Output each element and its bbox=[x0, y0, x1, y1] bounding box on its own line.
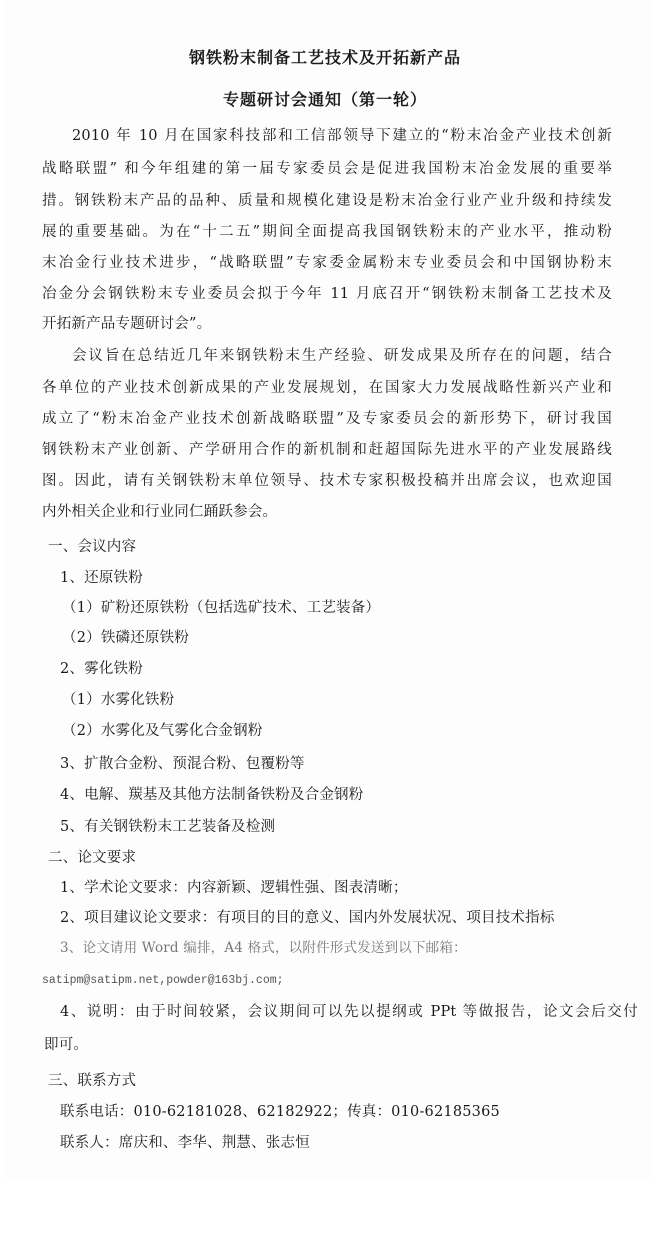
section1-item: 4、电解、羰基及其他方法制备铁粉及合金钢粉 bbox=[60, 785, 363, 805]
section1-item: 3、扩散合金粉、预混合粉、包覆粉等 bbox=[60, 754, 305, 774]
section2-item4-line1: 4、说明：由于时间较紧，会议期间可以先以提纲或 PPt 等做报告，论文会后交付 bbox=[60, 1002, 638, 1022]
paragraph1-line: 开拓新产品专题研讨会”。 bbox=[42, 314, 612, 334]
section1-item: （1）矿粉还原铁粉（包括选矿技术、工艺装备） bbox=[62, 598, 380, 618]
section1-item: （2）铁磷还原铁粉 bbox=[62, 628, 189, 648]
document-title-line1: 钢铁粉末制备工艺技术及开拓新产品 bbox=[0, 47, 650, 69]
paragraph1-line: 展的重要基础。为在“十二五”期间全面提高我国钢铁粉末的产业水平，推动粉 bbox=[42, 222, 612, 242]
section1-item: 5、有关钢铁粉末工艺装备及检测 bbox=[60, 817, 275, 837]
paragraph2-line: 内外相关企业和行业同仁踊跃参会。 bbox=[42, 502, 612, 522]
section1-item: 2、雾化铁粉 bbox=[60, 659, 143, 679]
paragraph2-line: 图。因此，请有关钢铁粉末单位领导、技术专家积极投稿并出席会议，也欢迎国 bbox=[42, 471, 612, 491]
section2-item1: 1、学术论文要求：内容新颖、逻辑性强、图表清晰； bbox=[60, 878, 408, 898]
document-title-line2: 专题研讨会通知（第一轮） bbox=[0, 89, 650, 111]
section1-item: （1）水雾化铁粉 bbox=[62, 690, 174, 710]
paragraph2-line: 各单位的产业技术创新成果的产业发展规划，在国家大力发展战略性新兴产业和 bbox=[42, 378, 612, 398]
contact-phone: 联系电话：010-62181028、62182922；传真：010-621853… bbox=[60, 1102, 500, 1122]
submission-emails: satipm@satipm.net,powder@163bj.com; bbox=[42, 971, 284, 991]
contact-persons: 联系人：席庆和、李华、荆慧、张志恒 bbox=[60, 1133, 310, 1153]
section1-heading: 一、会议内容 bbox=[48, 537, 136, 557]
paragraph1-line: 冶金分会钢铁粉末专业委员会拟于今年 11 月底召开“钢铁粉末制备工艺技术及 bbox=[42, 284, 612, 304]
paragraph2-line: 成立了“粉末冶金产业技术创新战略联盟”及专家委员会的新形势下，研讨我国 bbox=[42, 409, 612, 429]
section2-item4-line2: 即可。 bbox=[44, 1035, 88, 1055]
paragraph2-line: 会议旨在总结近几年来钢铁粉末生产经验、研发成果及所存在的问题，结合 bbox=[72, 346, 612, 366]
paragraph1-line: 2010 年 10 月在国家科技部和工信部领导下建立的“粉末冶金产业技术创新 bbox=[72, 126, 612, 146]
section2-item3: 3、论文请用 Word 编排，A4 格式，以附件形式发送到以下邮箱： bbox=[60, 938, 467, 958]
section3-heading: 三、联系方式 bbox=[48, 1071, 136, 1091]
paragraph1-line: 措。钢铁粉末产品的品种、质量和规模化建设是粉末冶金行业产业升级和持续发 bbox=[42, 191, 612, 211]
paragraph1-line: 末冶金行业技术进步，“战略联盟”专家委金属粉末专业委员会和中国钢协粉末 bbox=[42, 253, 612, 273]
section2-item2: 2、项目建议论文要求：有项目的目的意义、国内外发展状况、项目技术指标 bbox=[60, 908, 555, 928]
section1-item: 1、还原铁粉 bbox=[60, 568, 143, 588]
section1-item: （2）水雾化及气雾化合金钢粉 bbox=[62, 721, 263, 741]
paragraph1-line: 战略联盟” 和今年组建的第一届专家委员会是促进我国粉末冶金发展的重要举 bbox=[42, 159, 612, 179]
section2-heading: 二、论文要求 bbox=[48, 848, 136, 868]
paragraph2-line: 钢铁粉末产业创新、产学研用合作的新机制和赶超国际先进水平的产业发展路线 bbox=[42, 440, 612, 460]
